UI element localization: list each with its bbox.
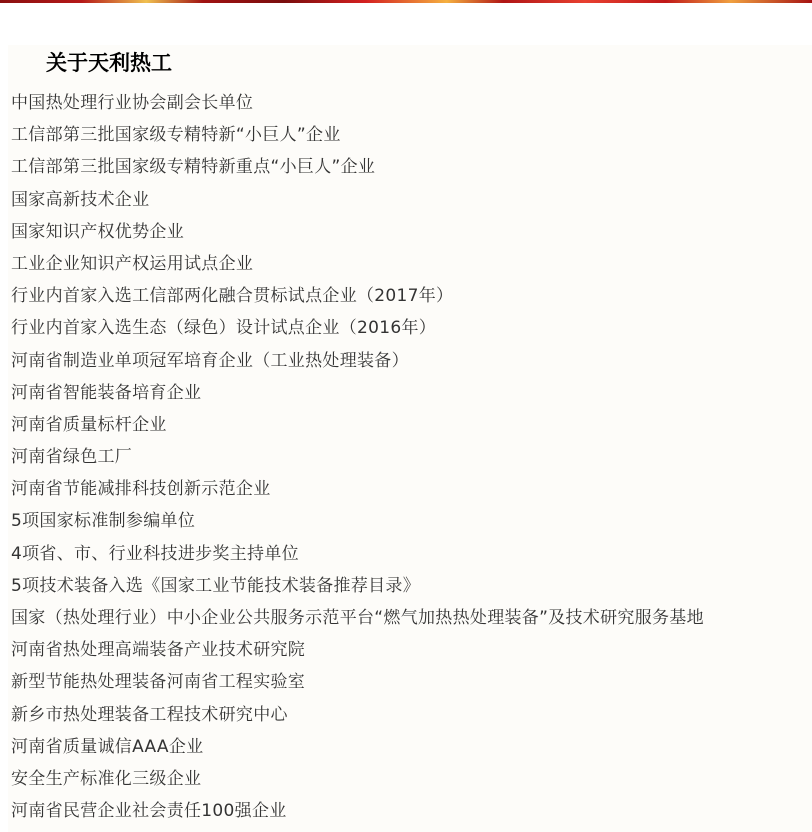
- honor-item: 安全生产标准化三级企业: [11, 763, 704, 795]
- honor-item: 中国热处理行业协会副会长单位: [11, 87, 704, 119]
- honor-item: 4项省、市、行业科技进步奖主持单位: [11, 538, 704, 570]
- decorative-top-banner: [0, 0, 812, 3]
- honor-item: 河南省热处理高端装备产业技术研究院: [11, 634, 704, 666]
- about-section: 关于天利热工 中国热处理行业协会副会长单位 工信部第三批国家级专精特新“小巨人”…: [8, 45, 812, 832]
- honors-list: 中国热处理行业协会副会长单位 工信部第三批国家级专精特新“小巨人”企业 工信部第…: [11, 87, 704, 827]
- honor-item: 河南省质量诚信AAA企业: [11, 731, 704, 763]
- honor-item: 新乡市热处理装备工程技术研究中心: [11, 699, 704, 731]
- honor-item: 工业企业知识产权运用试点企业: [11, 248, 704, 280]
- section-title: 关于天利热工: [46, 48, 172, 78]
- honor-item: 行业内首家入选生态（绿色）设计试点企业（2016年）: [11, 312, 704, 344]
- honor-item: 河南省节能减排科技创新示范企业: [11, 473, 704, 505]
- honor-item: 河南省民营企业社会责任100强企业: [11, 795, 704, 827]
- honor-item: 国家高新技术企业: [11, 184, 704, 216]
- honor-item: 河南省绿色工厂: [11, 441, 704, 473]
- honor-item: 国家知识产权优势企业: [11, 216, 704, 248]
- honor-item: 国家（热处理行业）中小企业公共服务示范平台“燃气加热热处理装备”及技术研究服务基…: [11, 602, 704, 634]
- honor-item: 工信部第三批国家级专精特新“小巨人”企业: [11, 119, 704, 151]
- honor-item: 5项国家标准制参编单位: [11, 505, 704, 537]
- honor-item: 河南省质量标杆企业: [11, 409, 704, 441]
- honor-item: 新型节能热处理装备河南省工程实验室: [11, 666, 704, 698]
- honor-item: 河南省智能装备培育企业: [11, 377, 704, 409]
- honor-item: 行业内首家入选工信部两化融合贯标试点企业（2017年）: [11, 280, 704, 312]
- honor-item: 河南省制造业单项冠军培育企业（工业热处理装备）: [11, 345, 704, 377]
- honor-item: 工信部第三批国家级专精特新重点“小巨人”企业: [11, 151, 704, 183]
- honor-item: 5项技术装备入选《国家工业节能技术装备推荐目录》: [11, 570, 704, 602]
